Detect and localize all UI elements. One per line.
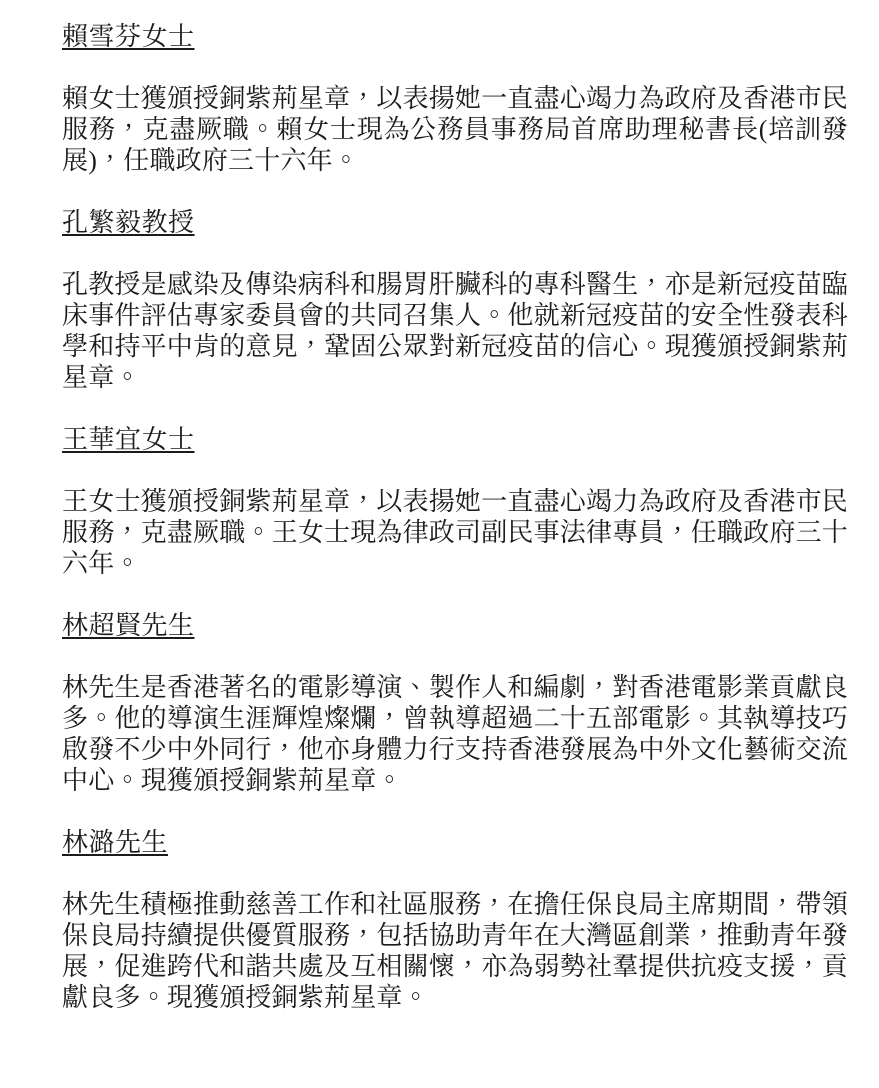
recipient-name-heading: 王華宜女士: [62, 424, 848, 455]
recipient-name-heading: 林潞先生: [62, 827, 848, 858]
document-page: 賴雪芬女士 賴女士獲頒授銅紫荊星章，以表揚她一直盡心竭力為政府及香港市民服務，克…: [0, 0, 879, 1088]
recipient-citation-paragraph: 賴女士獲頒授銅紫荊星章，以表揚她一直盡心竭力為政府及香港市民服務，克盡厥職。賴女…: [62, 83, 848, 176]
recipient-citation-paragraph: 孔教授是感染及傳染病科和腸胃肝臟科的專科醫生，亦是新冠疫苗臨床事件評估專家委員會…: [62, 269, 848, 393]
recipient-citation-paragraph: 林先生積極推動慈善工作和社區服務，在擔任保良局主席期間，帶領保良局持續提供優質服…: [62, 889, 848, 1013]
recipient-name-heading: 孔繁毅教授: [62, 207, 848, 238]
recipient-citation-paragraph: 林先生是香港著名的電影導演、製作人和編劇，對香港電影業貢獻良多。他的導演生涯輝煌…: [62, 672, 848, 796]
recipient-name-heading: 林超賢先生: [62, 610, 848, 641]
recipient-section: 林潞先生 林先生積極推動慈善工作和社區服務，在擔任保良局主席期間，帶領保良局持續…: [62, 827, 848, 1013]
recipient-citation-paragraph: 王女士獲頒授銅紫荊星章，以表揚她一直盡心竭力為政府及香港市民服務，克盡厥職。王女…: [62, 486, 848, 579]
recipient-section: 王華宜女士 王女士獲頒授銅紫荊星章，以表揚她一直盡心竭力為政府及香港市民服務，克…: [62, 424, 848, 579]
recipient-name-heading: 賴雪芬女士: [62, 21, 848, 52]
recipient-section: 孔繁毅教授 孔教授是感染及傳染病科和腸胃肝臟科的專科醫生，亦是新冠疫苗臨床事件評…: [62, 207, 848, 393]
recipient-section: 林超賢先生 林先生是香港著名的電影導演、製作人和編劇，對香港電影業貢獻良多。他的…: [62, 610, 848, 796]
recipient-section: 賴雪芬女士 賴女士獲頒授銅紫荊星章，以表揚她一直盡心竭力為政府及香港市民服務，克…: [62, 21, 848, 176]
